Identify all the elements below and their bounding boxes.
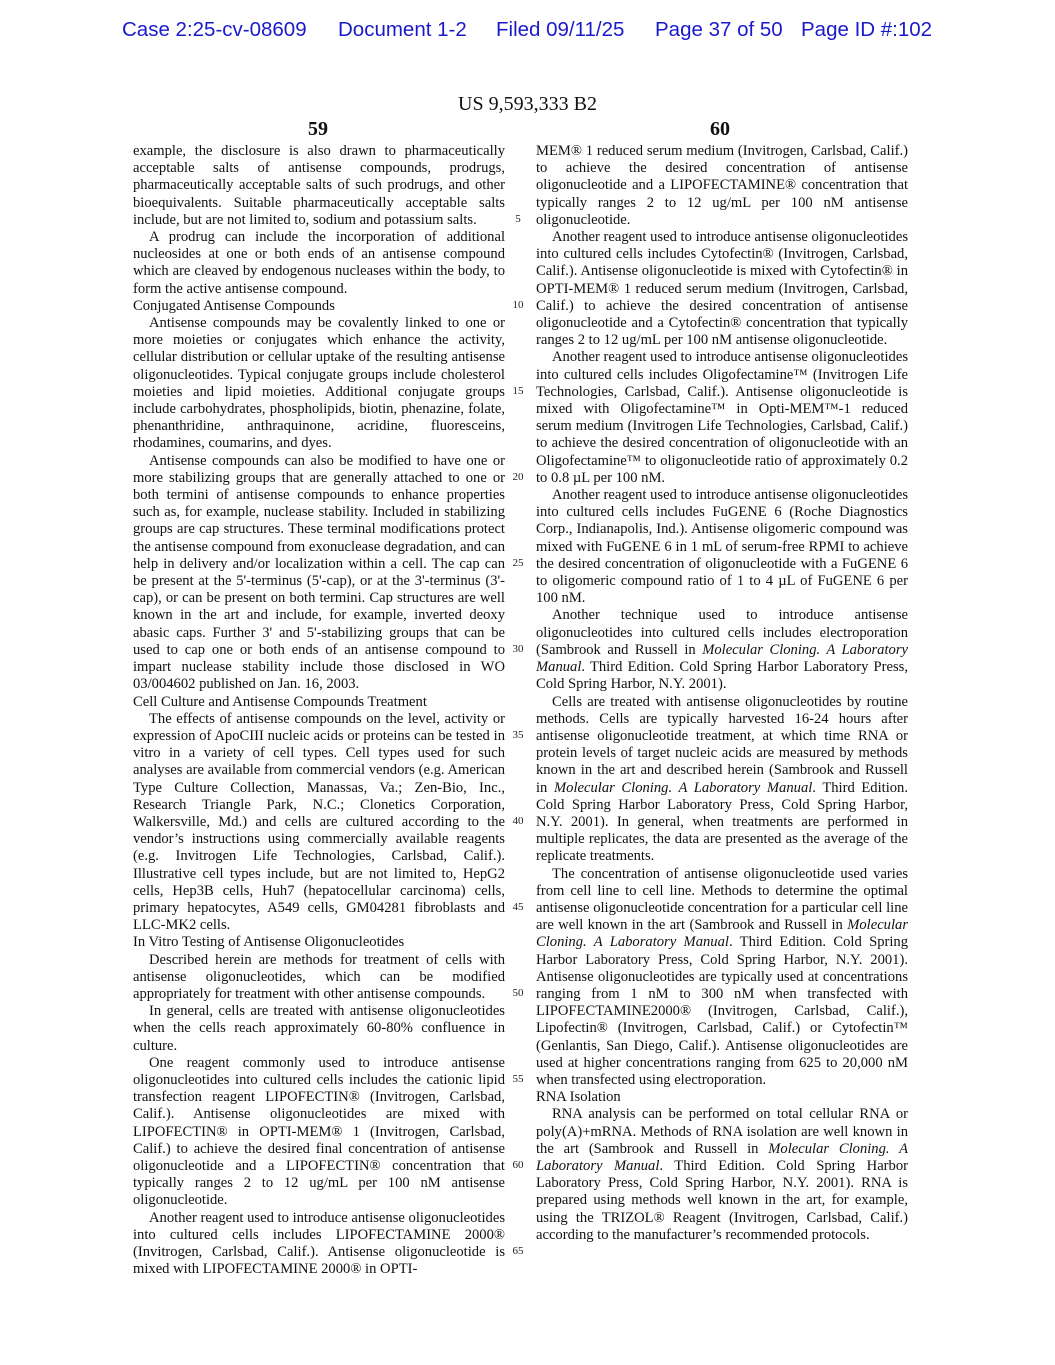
paragraph: One reagent commonly used to introduce a… bbox=[133, 1055, 505, 1210]
line-number: 50 bbox=[505, 987, 531, 999]
line-number: 45 bbox=[505, 901, 531, 913]
text: . Third Edition. Cold Spring Harbor Labo… bbox=[536, 659, 908, 692]
case-number: Case 2:25-cv-08609 bbox=[122, 18, 307, 42]
line-number: 60 bbox=[505, 1159, 531, 1171]
column-number-left: 59 bbox=[308, 118, 328, 141]
section-heading: Conjugated Antisense Compounds bbox=[133, 298, 505, 315]
section-heading: RNA Isolation bbox=[536, 1089, 908, 1106]
section-heading: In Vitro Testing of Antisense Oligonucle… bbox=[133, 934, 505, 951]
paragraph: Antisense compounds can also be modified… bbox=[133, 453, 505, 694]
column-number-right: 60 bbox=[710, 118, 730, 141]
paragraph: Another reagent used to introduce antise… bbox=[536, 349, 908, 487]
page-count: Page 37 of 50 bbox=[655, 18, 783, 42]
line-number: 15 bbox=[505, 385, 531, 397]
line-number: 65 bbox=[505, 1245, 531, 1257]
paragraph: Cells are treated with antisense oligonu… bbox=[536, 694, 908, 866]
paragraph: Antisense compounds may be covalently li… bbox=[133, 315, 505, 453]
right-column: MEM® 1 reduced serum medium (Invitrogen,… bbox=[536, 143, 908, 1244]
paragraph: Another reagent used to introduce antise… bbox=[133, 1210, 505, 1279]
paragraph: example, the disclosure is also drawn to… bbox=[133, 143, 505, 229]
line-number: 30 bbox=[505, 643, 531, 655]
page-id: Page ID #:102 bbox=[801, 18, 932, 42]
paragraph: Another reagent used to introduce antise… bbox=[536, 487, 908, 607]
left-column: example, the disclosure is also drawn to… bbox=[133, 143, 505, 1278]
paragraph: A prodrug can include the incorporation … bbox=[133, 229, 505, 298]
paragraph: Described herein are methods for treatme… bbox=[133, 952, 505, 1004]
line-number: 10 bbox=[505, 299, 531, 311]
line-number: 40 bbox=[505, 815, 531, 827]
paragraph: Another reagent used to introduce antise… bbox=[536, 229, 908, 349]
text: . Third Edition. Cold Spring Harbor Labo… bbox=[536, 934, 908, 1088]
paragraph: In general, cells are treated with antis… bbox=[133, 1003, 505, 1055]
line-number: 20 bbox=[505, 471, 531, 483]
book-title: Molecular Cloning. A Laboratory Manual bbox=[554, 780, 812, 796]
paragraph: The effects of antisense compounds on th… bbox=[133, 711, 505, 935]
paragraph: The concentration of antisense oligonucl… bbox=[536, 866, 908, 1090]
document-number: Document 1-2 bbox=[338, 18, 467, 42]
line-number: 35 bbox=[505, 729, 531, 741]
patent-number: US 9,593,333 B2 bbox=[0, 93, 1055, 116]
paragraph: RNA analysis can be performed on total c… bbox=[536, 1106, 908, 1244]
paragraph: Another technique used to introduce anti… bbox=[536, 607, 908, 693]
line-number: 5 bbox=[505, 213, 531, 225]
line-number: 25 bbox=[505, 557, 531, 569]
section-heading: Cell Culture and Antisense Compounds Tre… bbox=[133, 694, 505, 711]
line-number: 55 bbox=[505, 1073, 531, 1085]
filed-date: Filed 09/11/25 bbox=[496, 18, 624, 42]
paragraph: MEM® 1 reduced serum medium (Invitrogen,… bbox=[536, 143, 908, 229]
